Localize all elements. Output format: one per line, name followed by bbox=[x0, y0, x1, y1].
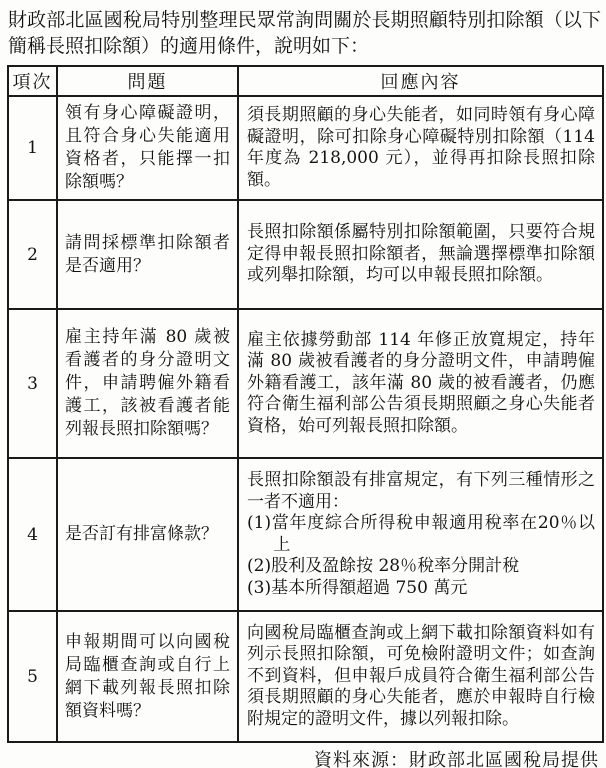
answer-cell: 雇主依據勞動部 114 年修正放寬規定，持年滿 80 歲被看護者的身分證明文件，… bbox=[238, 309, 603, 458]
answer-cell: 長照扣除額係屬特別扣除額範圍，只要符合規定得申報長照扣除額者，無論選擇標準扣除額… bbox=[238, 200, 603, 309]
row-number-cell: 1 bbox=[8, 96, 57, 200]
answer-line: (1)當年度綜合所得稅申報適用稅率在20％以上 bbox=[247, 513, 595, 556]
table-row: 3 雇主持年滿 80 歲被看護者的身分證明文件，申請聘僱外籍看護工，該被看護者能… bbox=[8, 309, 603, 458]
col-header-response: 回應內容 bbox=[238, 66, 603, 96]
question-cell: 請問採標準扣除額者是否適用？ bbox=[57, 200, 238, 309]
table-row: 1 領有身心障礙證明，且符合身心失能適用資格者，只能擇一扣除額嗎？ 須長期照顧的… bbox=[8, 96, 603, 200]
question-cell: 是否訂有排富條款？ bbox=[57, 458, 238, 611]
row-number-cell: 4 bbox=[8, 458, 57, 611]
answer-cell: 向國稅局臨櫃查詢或上網下載扣除額資料如有列示長照扣除額，可免檢附證明文件；如查詢… bbox=[238, 611, 603, 742]
row-number-cell: 5 bbox=[8, 611, 57, 742]
answer-line: 長照扣除額設有排富規定，有下列三種情形之一者不適用： bbox=[247, 470, 595, 513]
col-header-question: 問題 bbox=[57, 66, 238, 96]
table-row: 2 請問採標準扣除額者是否適用？ 長照扣除額係屬特別扣除額範圍，只要符合規定得申… bbox=[8, 200, 603, 309]
answer-line: 長照扣除額係屬特別扣除額範圍，只要符合規定得申報長照扣除額者，無論選擇標準扣除額… bbox=[247, 222, 595, 287]
row-number-cell: 2 bbox=[8, 200, 57, 309]
question-cell: 領有身心障礙證明，且符合身心失能適用資格者，只能擇一扣除額嗎？ bbox=[57, 96, 238, 200]
answer-line: 向國稅局臨櫃查詢或上網下載扣除額資料如有列示長照扣除額，可免檢附證明文件；如查詢… bbox=[247, 623, 595, 731]
table-header-row: 項次 問題 回應內容 bbox=[8, 66, 603, 96]
answer-line: 須長期照顧的身心失能者，如同時領有身心障礙證明，除可扣除身心障礙特別扣除額（11… bbox=[247, 105, 595, 191]
table-row: 4 是否訂有排富條款？ 長照扣除額設有排富規定，有下列三種情形之一者不適用：(1… bbox=[8, 458, 603, 611]
answer-line: 雇主依據勞動部 114 年修正放寬規定，持年滿 80 歲被看護者的身分證明文件，… bbox=[247, 330, 595, 438]
source-note: 資料來源：財政部北區國稅局提供 bbox=[7, 746, 599, 768]
answer-line: (3)基本所得額超過 750 萬元 bbox=[247, 578, 595, 600]
answer-line: (2)股利及盈餘按 28％稅率分開計稅 bbox=[247, 556, 595, 578]
intro-text: 財政部北區國稅局特別整理民眾常詢問關於長期照顧特別扣除額（以下簡稱長照扣除額）的… bbox=[8, 7, 601, 59]
col-header-item-number: 項次 bbox=[8, 66, 57, 96]
answer-cell: 長照扣除額設有排富規定，有下列三種情形之一者不適用：(1)當年度綜合所得稅申報適… bbox=[238, 458, 603, 611]
faq-table: 項次 問題 回應內容 1 領有身心障礙證明，且符合身心失能適用資格者，只能擇一扣… bbox=[7, 65, 604, 743]
row-number-cell: 3 bbox=[8, 309, 57, 458]
faq-table-body: 1 領有身心障礙證明，且符合身心失能適用資格者，只能擇一扣除額嗎？ 須長期照顧的… bbox=[8, 96, 603, 742]
answer-cell: 須長期照顧的身心失能者，如同時領有身心障礙證明，除可扣除身心障礙特別扣除額（11… bbox=[238, 96, 603, 200]
table-row: 5 申報期間可以向國稅局臨櫃查詢或自行上網下載列報長照扣除額資料嗎？ 向國稅局臨… bbox=[8, 611, 603, 742]
question-cell: 申報期間可以向國稅局臨櫃查詢或自行上網下載列報長照扣除額資料嗎？ bbox=[57, 611, 238, 742]
question-cell: 雇主持年滿 80 歲被看護者的身分證明文件，申請聘僱外籍看護工，該被看護者能列報… bbox=[57, 309, 238, 458]
document-page: 財政部北區國稅局特別整理民眾常詢問關於長期照顧特別扣除額（以下簡稱長照扣除額）的… bbox=[0, 0, 606, 768]
